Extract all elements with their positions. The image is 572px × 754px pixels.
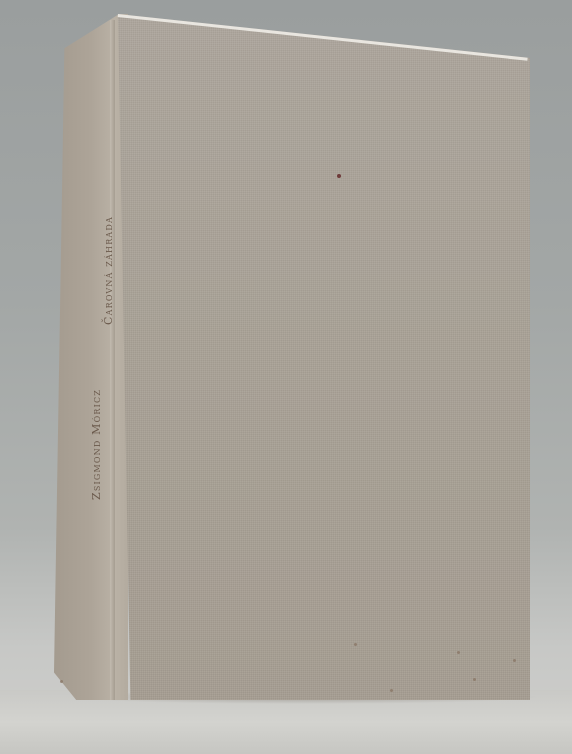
book-spine — [54, 14, 128, 700]
spine-hinge — [110, 20, 115, 700]
spine-title-text: Čarovná záhrada — [102, 216, 115, 325]
cover-speck — [473, 678, 476, 681]
cover-speck — [390, 689, 393, 692]
cover-speck — [457, 651, 460, 654]
cover-stain-mark — [337, 174, 341, 178]
cover-speck — [513, 659, 516, 662]
book: Zsigmond Móricz Čarovná záhrada — [0, 0, 572, 754]
spine-speck — [60, 680, 63, 683]
cover-speck — [354, 643, 357, 646]
book-front-cover — [118, 14, 530, 700]
spine-author-text: Zsigmond Móricz — [90, 389, 103, 500]
